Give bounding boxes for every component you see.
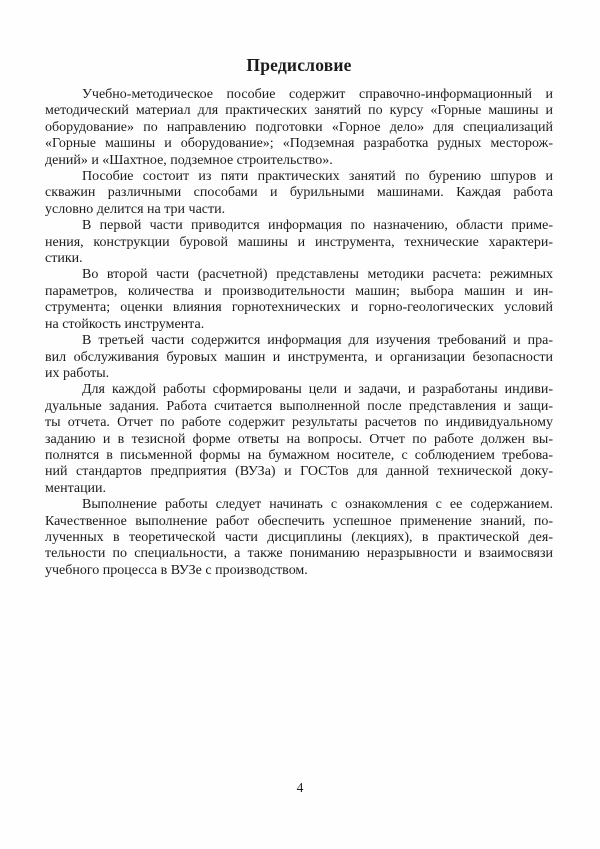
- text-line: Учебно-методическое пособие содержит спр…: [45, 87, 553, 103]
- text-line: стики.: [45, 251, 553, 267]
- text-line: Для каждой работы сформированы цели и за…: [45, 382, 553, 398]
- text-line: В третьей части содержится информация дл…: [45, 333, 553, 349]
- text-line: на стойкость инструмента.: [45, 317, 553, 333]
- text-line: лученных в теоретической части дисциплин…: [45, 530, 553, 546]
- text-line: дуальные задания. Работа считается выпол…: [45, 399, 553, 415]
- text-line: струмента; оценки влияния горнотехническ…: [45, 300, 553, 316]
- text-line: тельности по специальности, а также пони…: [45, 546, 553, 562]
- text-line: ты отчета. Отчет по работе содержит резу…: [45, 415, 553, 431]
- text-line: методический материал для практических з…: [45, 103, 553, 119]
- text-line: Во второй части (расчетной) представлены…: [45, 267, 553, 283]
- document-body: Учебно-методическое пособие содержит спр…: [45, 87, 553, 579]
- text-line: дений» и «Шахтное, подземное строительст…: [45, 153, 553, 169]
- text-line: полнятся в письменной формы на бумажном …: [45, 448, 553, 464]
- text-line: «Горные машины и оборудование»; «Подземн…: [45, 136, 553, 152]
- page-title: Предисловие: [45, 55, 553, 76]
- text-line: В первой части приводится информация по …: [45, 218, 553, 234]
- document-page: Предисловие Учебно-методическое пособие …: [0, 0, 600, 849]
- text-line: заданию и в тезисной форме ответы на воп…: [45, 432, 553, 448]
- text-line: Пособие состоит из пяти практических зан…: [45, 169, 553, 185]
- text-line: условно делится на три части.: [45, 202, 553, 218]
- text-line: вил обслуживания буровых машин и инструм…: [45, 350, 553, 366]
- text-line: параметров, количества и производительно…: [45, 284, 553, 300]
- page-number: 4: [0, 780, 600, 796]
- text-line: ний стандартов предприятия (ВУЗа) и ГОСТ…: [45, 464, 553, 480]
- text-line: Выполнение работы следует начинать с озн…: [45, 497, 553, 513]
- text-line: оборудование» по направлению подготовки …: [45, 120, 553, 136]
- text-line: учебного процесса в ВУЗе с производством…: [45, 563, 553, 579]
- text-line: Качественное выполнение работ обеспечить…: [45, 514, 553, 530]
- text-line: ментации.: [45, 481, 553, 497]
- text-line: их работы.: [45, 366, 553, 382]
- text-line: нения, конструкции буровой машины и инст…: [45, 235, 553, 251]
- text-line: скважин различными способами и бурильным…: [45, 185, 553, 201]
